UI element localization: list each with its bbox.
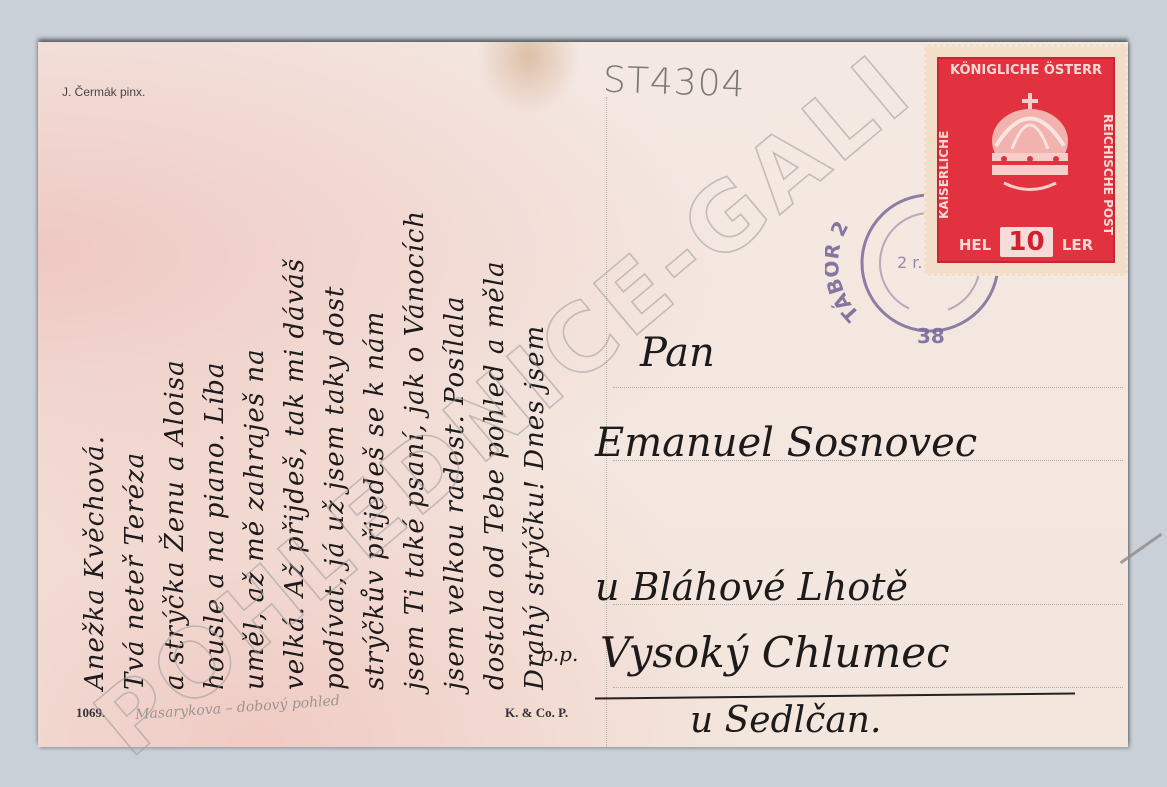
address-name: Emanuel Sosnovec	[595, 420, 977, 466]
address-sub: u Sedlčan.	[690, 700, 881, 741]
crown-icon	[984, 91, 1076, 203]
message-line: jsem velkou radost. Posílala	[440, 90, 480, 690]
message-line: a strýčka Ženu a Aloisa	[160, 90, 200, 690]
publisher-mark: K. & Co. P.	[505, 705, 568, 721]
svg-text:38: 38	[917, 324, 945, 348]
message-line: Tvá neteř Teréza	[120, 90, 160, 690]
message-line: housle a na piano. Líba	[200, 90, 240, 690]
inventory-code: ST4304	[602, 60, 746, 106]
message-line: Drahý strýčku! Dnes jsem	[520, 90, 560, 690]
message-line: strýčkův přijedeš se k nám	[360, 90, 400, 690]
postage-stamp: KÖNIGLICHE ÖSTERR KAISERLICHE REICHISCHE…	[924, 44, 1128, 276]
svg-text:TÁBOR 2: TÁBOR 2	[825, 217, 864, 327]
address-town: Vysoký Chlumec	[600, 628, 950, 677]
message-line: dostala od Tebe pohled a měla	[480, 90, 520, 690]
message-line: velká. Až přijdeš, tak mi dáváš	[280, 90, 320, 690]
stamp-top-text: KÖNIGLICHE ÖSTERR	[939, 63, 1113, 78]
message-line: Anežka Kvěchová.	[80, 90, 120, 690]
handwritten-message: Drahý strýčku! Dnes jsemdostala od Tebe …	[50, 90, 550, 700]
address-post-prefix: p.p.	[540, 642, 578, 666]
stamp-value-left: HEL	[959, 236, 991, 254]
address-line	[613, 387, 1123, 388]
message-line: jsem Ti také psaní, jak o Vánocích	[400, 90, 440, 690]
message-line: uměl, až mě zahraješ na	[240, 90, 280, 690]
pencil-scratch	[1120, 533, 1163, 564]
printer-number: 1069.	[76, 705, 105, 721]
address-village: u Bláhové Lhotě	[595, 565, 908, 609]
message-line: podívat, já už jsem taky dost	[320, 90, 360, 690]
address-salutation: Pan	[640, 330, 715, 376]
stamp-value: HEL 10 LER	[939, 227, 1113, 257]
address-line	[613, 687, 1123, 688]
stamp-value-right: LER	[1062, 236, 1093, 254]
stamp-value-number: 10	[1000, 227, 1052, 257]
